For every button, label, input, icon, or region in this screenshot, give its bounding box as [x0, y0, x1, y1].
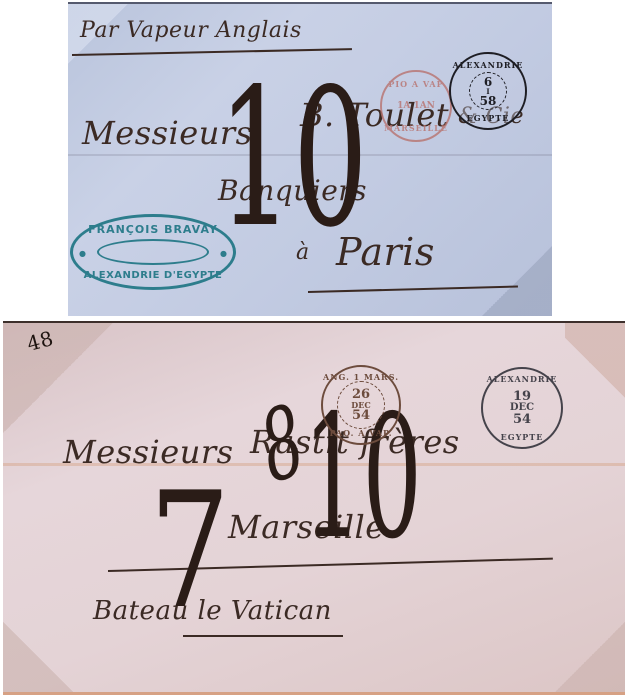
tax-marking-7: 7: [149, 471, 230, 631]
cachet-sender-name: FRANÇOIS BRAVAY: [73, 223, 233, 236]
folded-corner: [482, 246, 552, 316]
tax-marking-8: 8: [258, 390, 306, 500]
postmark-top-text: ALEXANDRIE: [453, 61, 524, 69]
postmark-bottom-text: MARSEILLE: [384, 124, 448, 132]
folded-corner: [565, 323, 625, 413]
sender-cachet: FRANÇOIS BRAVAY ● ● ALEXANDRIE D'EGYPTE: [70, 214, 236, 290]
transit-postmark: ANG. 1 MARS. 26 DEC 54 PAQ. A VAP.: [321, 365, 401, 445]
cachet-inner-oval: [97, 239, 209, 265]
postmark-bottom-text: PAQ. A VAP.: [329, 429, 392, 437]
folded-corner: [555, 622, 625, 692]
postmark-year: 54: [513, 413, 531, 426]
postmark-top-text: ANG. 1 MARS.: [323, 373, 399, 381]
postmark-top-text: ALEXANDRIE: [487, 375, 558, 383]
bottom-postal-cover: 48 Messieurs Rastit frères Marseille Bat…: [3, 321, 625, 695]
departure-postmark: ALEXANDRIE 6 I 58 EGYPTE: [449, 52, 527, 130]
departure-postmark: ALEXANDRIE 19 DEC 54 EGYPTE: [481, 367, 563, 449]
folded-corner: [3, 323, 113, 433]
postmark-bottom-text: EGYPTE: [501, 433, 544, 441]
transit-postmark: PIO A VAP 1A 1AN MARSEILLE: [380, 70, 452, 142]
postmark-date: 1A 1AN: [397, 102, 435, 111]
postmark-inner-ring: [469, 72, 507, 110]
postmark-inner-ring: [337, 381, 385, 429]
top-postal-cover: Par Vapeur Anglais Messieurs B. Toulet &…: [68, 2, 552, 316]
postmark-bottom-text: EGYPTE: [467, 114, 510, 122]
cachet-dot: ●: [220, 249, 227, 258]
tax-marking: 10: [218, 64, 368, 254]
cachet-location: ALEXANDRIE D'EGYPTE: [73, 270, 233, 281]
postmark-top-text: PIO A VAP: [388, 80, 443, 88]
route-endorsement: Par Vapeur Anglais: [80, 18, 302, 43]
folded-corner: [3, 622, 73, 692]
cachet-dot: ●: [79, 249, 86, 258]
